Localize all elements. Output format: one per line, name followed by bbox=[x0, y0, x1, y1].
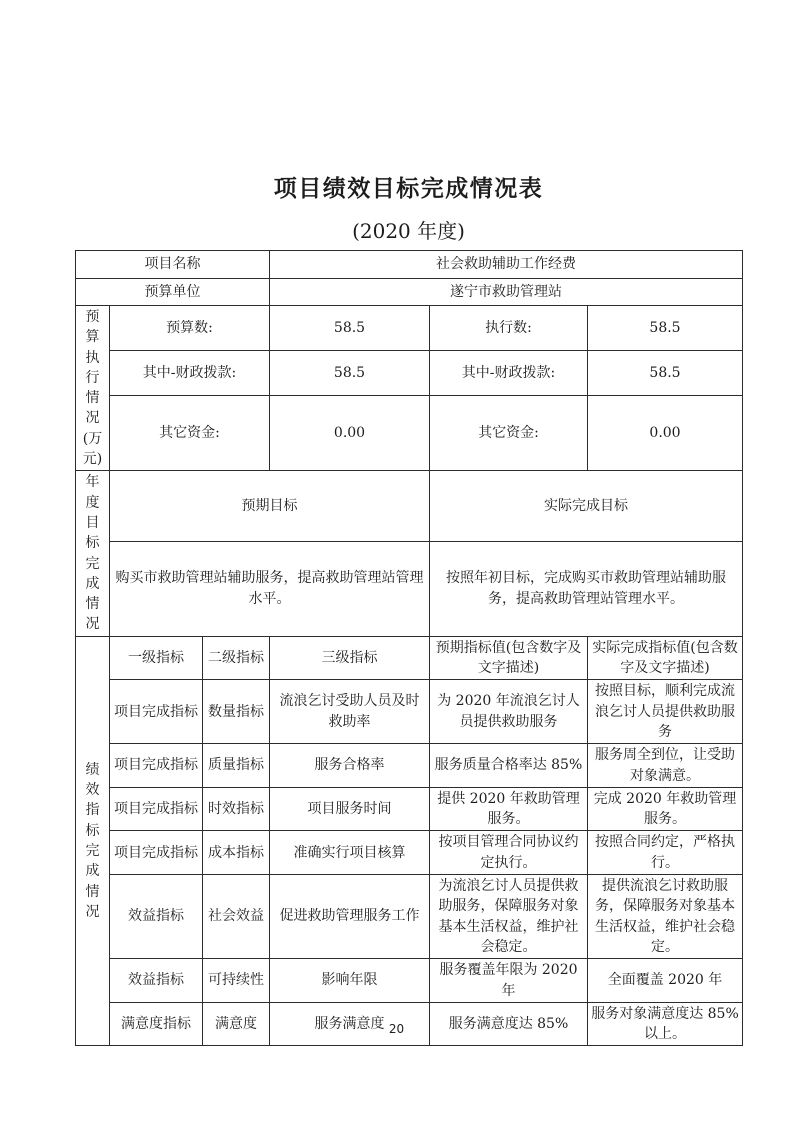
indicator-expected: 为 2020 年流浪乞讨人员提供救助服务 bbox=[430, 680, 588, 744]
budget-row-label: 其中-财政拨款: bbox=[110, 351, 270, 396]
indicator-level2: 可持续性 bbox=[203, 959, 270, 1003]
budget-row-label: 执行数: bbox=[430, 306, 588, 351]
indicator-level1: 效益指标 bbox=[110, 959, 203, 1003]
actual-goal-text: 按照年初目标，完成购买市救助管理站辅助服务，提高救助管理站管理水平。 bbox=[430, 541, 743, 636]
indicator-level3: 影响年限 bbox=[270, 959, 430, 1003]
indicator-level2: 时效指标 bbox=[203, 787, 270, 831]
table-row: 项目完成指标 成本指标 准确实行项目核算 按项目管理合同协议约定执行。 按照合同… bbox=[76, 831, 743, 875]
table-row: 其它资金: 0.00 其它资金: 0.00 bbox=[76, 396, 743, 471]
indicator-level1: 项目完成指标 bbox=[110, 680, 203, 744]
expected-goal-header: 预期目标 bbox=[110, 471, 430, 541]
indicator-level1: 项目完成指标 bbox=[110, 744, 203, 788]
table-row: 项目名称 社会救助辅助工作经费 bbox=[76, 251, 743, 279]
indicator-level3: 准确实行项目核算 bbox=[270, 831, 430, 875]
indicator-expected: 服务质量合格率达 85% bbox=[430, 744, 588, 788]
indicator-actual: 完成 2020 年救助管理服务。 bbox=[588, 787, 743, 831]
indicator-expected: 提供 2020 年救助管理服务。 bbox=[430, 787, 588, 831]
page-title: 项目绩效目标完成情况表 bbox=[75, 170, 742, 203]
actual-goal-header: 实际完成目标 bbox=[430, 471, 743, 541]
page-number: 20 bbox=[0, 1022, 793, 1036]
indicator-level1: 项目完成指标 bbox=[110, 787, 203, 831]
budget-row-value: 0.00 bbox=[588, 396, 743, 471]
indicator-level2: 社会效益 bbox=[203, 875, 270, 959]
table-row: 项目完成指标 时效指标 项目服务时间 提供 2020 年救助管理服务。 完成 2… bbox=[76, 787, 743, 831]
indicator-actual: 服务周全到位，让受助对象满意。 bbox=[588, 744, 743, 788]
indicator-header-level1: 一级指标 bbox=[110, 636, 203, 680]
indicator-level2: 质量指标 bbox=[203, 744, 270, 788]
expected-goal-text: 购买市救助管理站辅助服务，提高救助管理站管理水平。 bbox=[110, 541, 430, 636]
indicator-level3: 流浪乞讨受助人员及时救助率 bbox=[270, 680, 430, 744]
table-row: 预算 执行 情况 (万 元) 预算数: 58.5 执行数: 58.5 bbox=[76, 306, 743, 351]
indicator-expected: 服务覆盖年限为 2020 年 bbox=[430, 959, 588, 1003]
indicator-actual: 提供流浪乞讨救助服务，保障服务对象基本生活权益，维护社会稳定。 bbox=[588, 875, 743, 959]
indicator-expected: 按项目管理合同协议约定执行。 bbox=[430, 831, 588, 875]
table-row: 预算单位 遂宁市救助管理站 bbox=[76, 279, 743, 306]
page-subtitle: (2020 年度) bbox=[75, 215, 742, 244]
budget-row-value: 58.5 bbox=[270, 351, 430, 396]
budget-row-label: 其它资金: bbox=[110, 396, 270, 471]
table-row: 购买市救助管理站辅助服务，提高救助管理站管理水平。 按照年初目标，完成购买市救助… bbox=[76, 541, 743, 636]
budget-unit-value: 遂宁市救助管理站 bbox=[270, 279, 743, 306]
table-row: 绩效 指标 完成 情况 一级指标 二级指标 三级指标 预期指标值(包含数字及文字… bbox=[76, 636, 743, 680]
table-row: 项目完成指标 数量指标 流浪乞讨受助人员及时救助率 为 2020 年流浪乞讨人员… bbox=[76, 680, 743, 744]
project-name-value: 社会救助辅助工作经费 bbox=[270, 251, 743, 279]
indicators-side-label: 绩效 指标 完成 情况 bbox=[76, 636, 110, 1046]
table-row: 效益指标 社会效益 促进救助管理服务工作 为流浪乞讨人员提供救助服务，保障服务对… bbox=[76, 875, 743, 959]
table-row: 年度 目标 完成 情况 预期目标 实际完成目标 bbox=[76, 471, 743, 541]
indicator-level2: 成本指标 bbox=[203, 831, 270, 875]
indicator-header-level2: 二级指标 bbox=[203, 636, 270, 680]
indicator-level2: 数量指标 bbox=[203, 680, 270, 744]
indicator-level3: 服务合格率 bbox=[270, 744, 430, 788]
budget-unit-label: 预算单位 bbox=[76, 279, 270, 306]
indicator-actual: 按照目标，顺利完成流浪乞讨人员提供救助服务 bbox=[588, 680, 743, 744]
budget-row-value: 58.5 bbox=[588, 351, 743, 396]
indicator-level3: 促进救助管理服务工作 bbox=[270, 875, 430, 959]
indicator-level3: 项目服务时间 bbox=[270, 787, 430, 831]
budget-row-value: 58.5 bbox=[270, 306, 430, 351]
indicator-actual: 按照合同约定，严格执行。 bbox=[588, 831, 743, 875]
indicator-header-level3: 三级指标 bbox=[270, 636, 430, 680]
table-row: 其中-财政拨款: 58.5 其中-财政拨款: 58.5 bbox=[76, 351, 743, 396]
indicator-level1: 项目完成指标 bbox=[110, 831, 203, 875]
indicator-header-actual: 实际完成指标值(包含数字及文字描述) bbox=[588, 636, 743, 680]
indicator-expected: 为流浪乞讨人员提供救助服务，保障服务对象基本生活权益，维护社会稳定。 bbox=[430, 875, 588, 959]
budget-row-label: 其中-财政拨款: bbox=[430, 351, 588, 396]
budget-row-value: 0.00 bbox=[270, 396, 430, 471]
indicator-actual: 全面覆盖 2020 年 bbox=[588, 959, 743, 1003]
indicator-level1: 效益指标 bbox=[110, 875, 203, 959]
table-row: 效益指标 可持续性 影响年限 服务覆盖年限为 2020 年 全面覆盖 2020 … bbox=[76, 959, 743, 1003]
annual-goal-side-label: 年度 目标 完成 情况 bbox=[76, 471, 110, 636]
budget-section-side-label: 预算 执行 情况 (万 元) bbox=[76, 306, 110, 471]
budget-row-label: 预算数: bbox=[110, 306, 270, 351]
indicator-header-expected: 预期指标值(包含数字及文字描述) bbox=[430, 636, 588, 680]
project-name-label: 项目名称 bbox=[76, 251, 270, 279]
performance-report-table: 项目名称 社会救助辅助工作经费 预算单位 遂宁市救助管理站 预算 执行 情况 (… bbox=[75, 250, 743, 1046]
budget-row-value: 58.5 bbox=[588, 306, 743, 351]
table-row: 项目完成指标 质量指标 服务合格率 服务质量合格率达 85% 服务周全到位，让受… bbox=[76, 744, 743, 788]
budget-row-label: 其它资金: bbox=[430, 396, 588, 471]
